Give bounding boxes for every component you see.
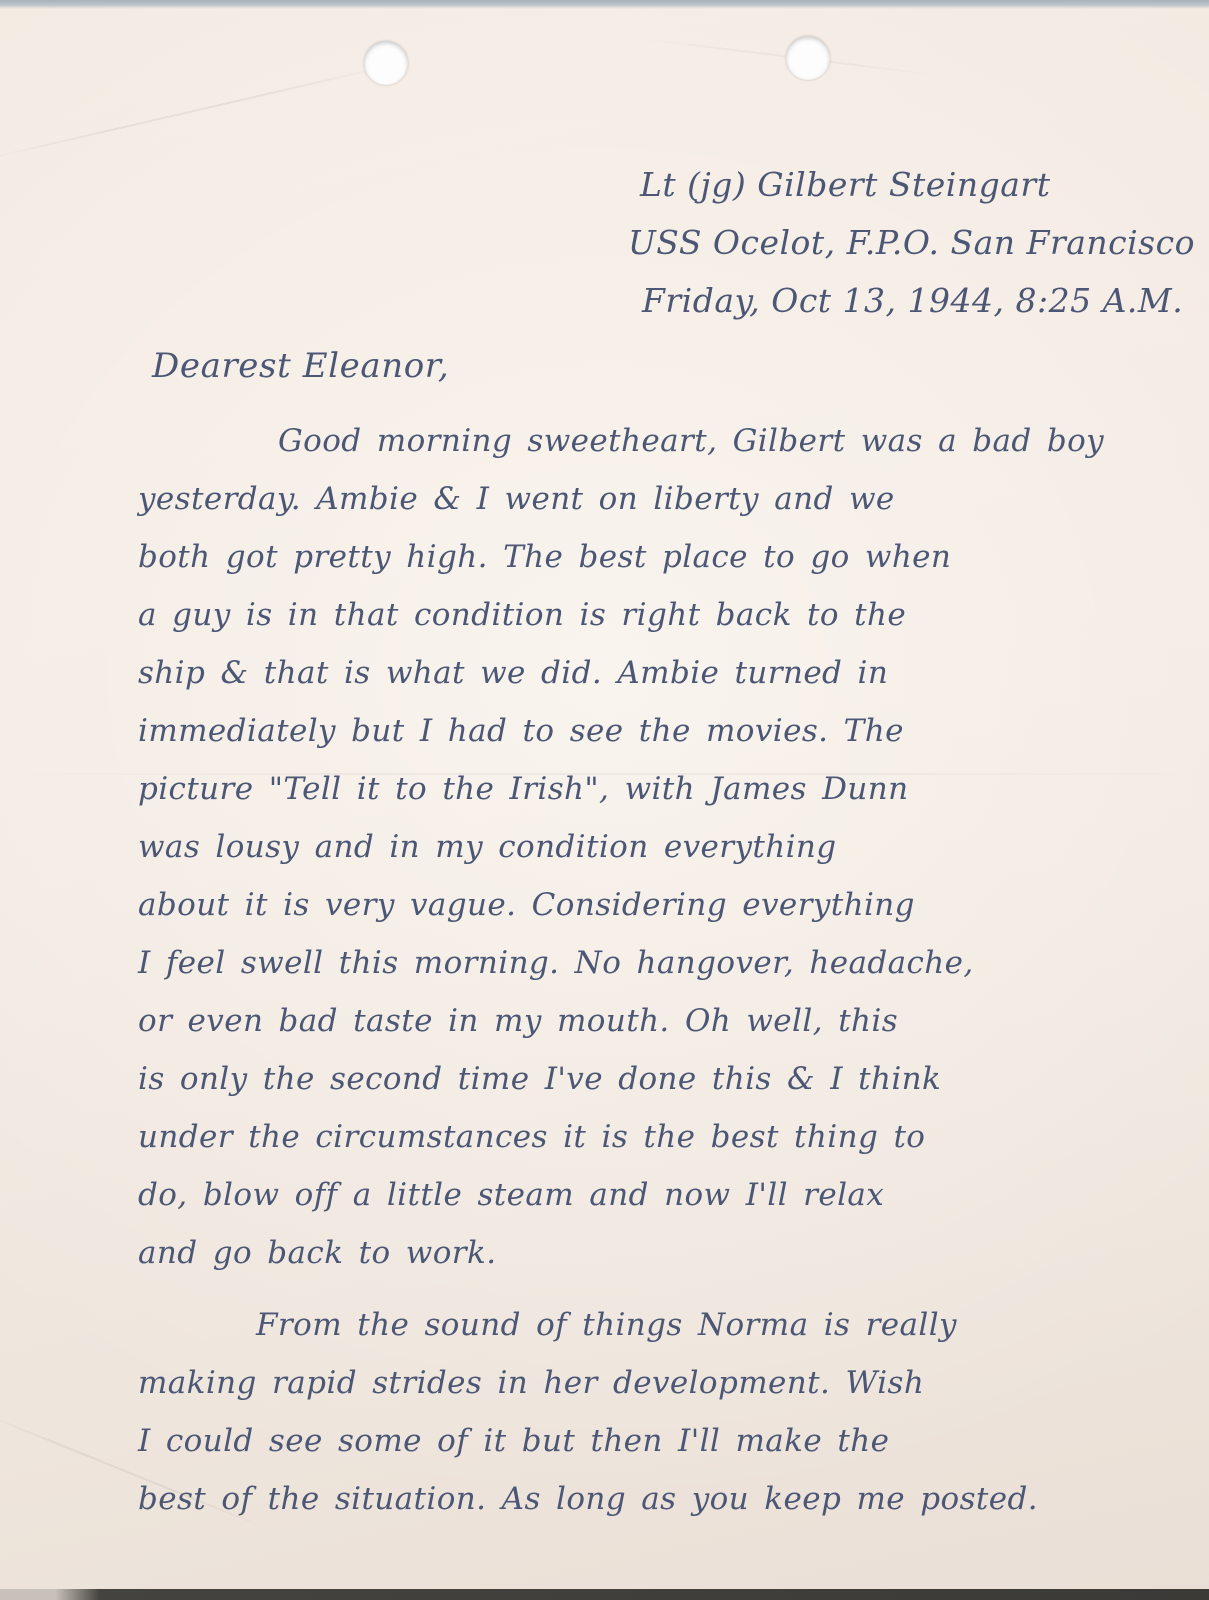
letter-line: best of the situation. As long as you ke… bbox=[138, 1470, 1168, 1528]
letter-line: I could see some of it but then I'll mak… bbox=[138, 1412, 1168, 1470]
salutation: Dearest Eleanor, bbox=[152, 346, 449, 386]
letter-line: making rapid strides in her development.… bbox=[138, 1354, 1168, 1412]
letter-line: or even bad taste in my mouth. Oh well, … bbox=[138, 992, 1168, 1050]
letter-line: immediately but I had to see the movies.… bbox=[138, 702, 1168, 760]
letter-line: I feel swell this morning. No hangover, … bbox=[138, 934, 1168, 992]
letter-line: ship & that is what we did. Ambie turned… bbox=[138, 644, 1168, 702]
paragraph-1: Good morning sweetheart, Gilbert was a b… bbox=[138, 412, 1168, 1282]
punch-hole-right bbox=[786, 36, 830, 80]
letter-line: From the sound of things Norma is really bbox=[138, 1296, 1168, 1354]
sender-name-line: Lt (jg) Gilbert Steingart bbox=[628, 156, 1195, 214]
paragraph-2: From the sound of things Norma is really… bbox=[138, 1296, 1168, 1528]
sender-address-line: USS Ocelot, F.P.O. San Francisco bbox=[628, 214, 1195, 272]
letter-line: picture "Tell it to the Irish", with Jam… bbox=[138, 760, 1168, 818]
letter-header: Lt (jg) Gilbert Steingart USS Ocelot, F.… bbox=[628, 156, 1195, 330]
letter-body: Good morning sweetheart, Gilbert was a b… bbox=[138, 412, 1168, 1528]
letter-line: about it is very vague. Considering ever… bbox=[138, 876, 1168, 934]
letter-line: is only the second time I've done this &… bbox=[138, 1050, 1168, 1108]
paper-crease bbox=[0, 64, 395, 163]
letter-line: yesterday. Ambie & I went on liberty and… bbox=[138, 470, 1168, 528]
scan-edge-top bbox=[0, 0, 1209, 9]
scanned-letter-page: Lt (jg) Gilbert Steingart USS Ocelot, F.… bbox=[0, 0, 1209, 1600]
letter-line: was lousy and in my condition everything bbox=[138, 818, 1168, 876]
letter-line: do, blow off a little steam and now I'll… bbox=[138, 1166, 1168, 1224]
letter-line: under the circumstances it is the best t… bbox=[138, 1108, 1168, 1166]
scan-edge-bottom bbox=[0, 1589, 1209, 1600]
letter-line: and go back to work. bbox=[138, 1224, 1168, 1282]
letter-line: a guy is in that condition is right back… bbox=[138, 586, 1168, 644]
date-line: Friday, Oct 13, 1944, 8:25 A.M. bbox=[628, 272, 1195, 330]
letter-line: both got pretty high. The best place to … bbox=[138, 528, 1168, 586]
letter-line: Good morning sweetheart, Gilbert was a b… bbox=[138, 412, 1168, 470]
punch-hole-left bbox=[364, 41, 408, 85]
